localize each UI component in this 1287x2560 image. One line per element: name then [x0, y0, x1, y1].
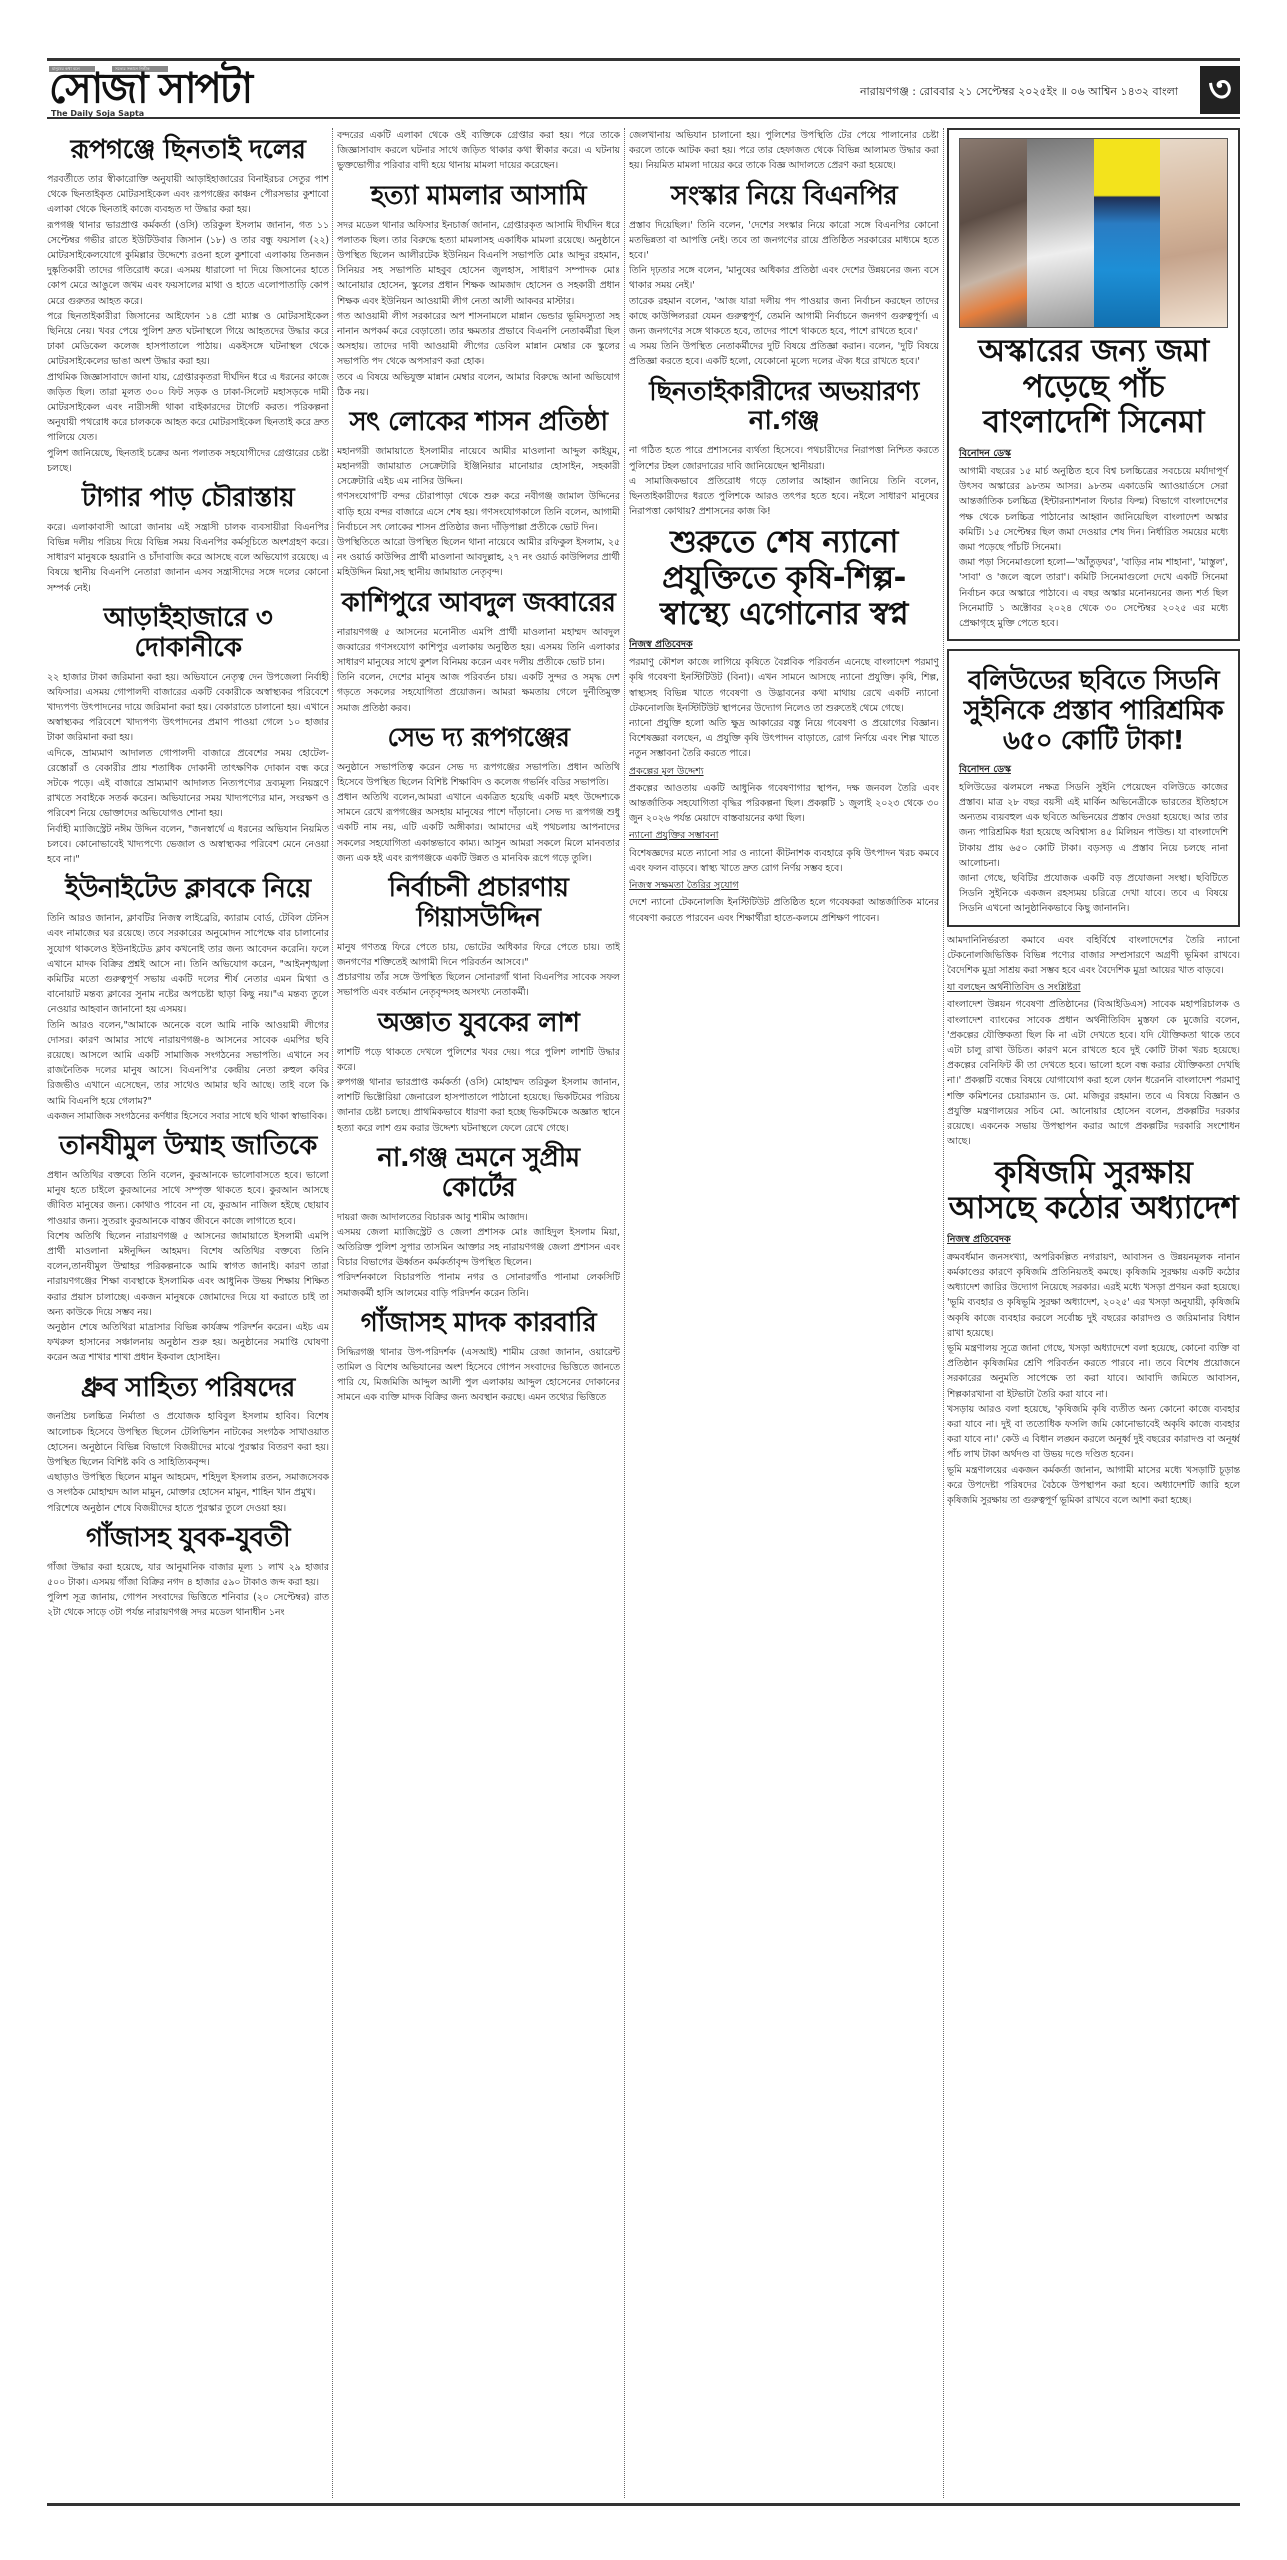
- byline: নিজস্ব প্রতিবেদক: [947, 1233, 1240, 1248]
- column-4: অস্কারের জন্য জমা পড়েছে পাঁচ বাংলাদেশি …: [947, 128, 1240, 1508]
- headline: ইউনাইটেড ক্লাবকে নিয়ে: [47, 875, 329, 905]
- paragraph: দায়রা জজ আদালতের বিচারক আবু শামীম আজাদ।: [337, 1210, 620, 1225]
- article-body: লাশটি পড়ে থাকতে দেখলে পুলিশের খবর দেয়।…: [337, 1045, 620, 1136]
- paragraph: এছাড়াও উপস্থিত ছিলেন মামুন আহমেদ, শহিদু…: [47, 1470, 329, 1500]
- subheading: প্রকল্পের মূল উদ্দেশ্য: [629, 764, 939, 779]
- column-divider: [624, 128, 625, 2498]
- headline: গাঁজাসহ মাদক কারবারি: [337, 1309, 620, 1339]
- subheading: নিজস্ব সক্ষমতা তৈরির সুযোগ: [629, 878, 939, 893]
- paragraph: জানা গেছে, ছবিটির প্রযোজক একটি বড় প্রযো…: [959, 871, 1228, 917]
- article-continued: জেলখানায় অভিযান চালানো হয়। পুলিশের উপস…: [629, 128, 939, 174]
- paragraph: এসময় জেলা ম্যাজিস্ট্রেট ও জেলা প্রশাসক …: [337, 1225, 620, 1271]
- article-nano-technology: শুরুতে শেষ ন্যানো প্রযুক্তিতে কৃষি-শিল্প…: [629, 525, 939, 925]
- paragraph: উপস্থিতিতে আরো উপস্থিত ছিলেন থানা নায়েব…: [337, 535, 620, 581]
- paragraph: বন্দরের একটি এলাকা থেকে ওই ব্যক্তিকে গ্র…: [337, 128, 620, 174]
- article-ganja-youth: গাঁজাসহ যুবক-যুবতী গাঁজা উদ্ধার করা হয়ে…: [47, 1524, 329, 1621]
- paragraph: তারেক রহমান বলেন, 'আজ যারা দলীয় পদ পাওয…: [629, 294, 939, 340]
- article-bnp-reform: সংস্কার নিয়ে বিএনপির প্রস্তাব দিয়েছিল।…: [629, 182, 939, 370]
- headline: রূপগঞ্জে ছিনতাই দলের: [47, 136, 329, 166]
- paragraph: না গঠিত হতে পারে প্রশাসনের ব্যর্থতা হিসে…: [629, 443, 939, 473]
- article-body: সিদ্ধিরগঞ্জ থানার উপ-পরিদর্শক (এসআই) শাম…: [337, 1345, 620, 1406]
- byline: নিজস্ব প্রতিবেদক: [629, 638, 939, 653]
- paragraph: এ সময় তিনি উপস্থিত নেতাকর্মীদের দুটি বি…: [629, 339, 939, 369]
- paragraph: মহানগরী জামায়াতে ইসলামীর নায়েবে আমীর ম…: [337, 444, 620, 490]
- article-body: আমদানিনির্ভরতা কমাবে এবং বহির্বিশ্বে বাং…: [947, 933, 1240, 1150]
- paragraph: পরে ছিনতাইকারীরা জিসানের আইফোন ১৪ প্রো ম…: [47, 309, 329, 370]
- article-rupganj-snatching: রূপগঞ্জে ছিনতাই দলের পরবর্তীতে তার স্বীক…: [47, 136, 329, 476]
- page-number-badge: ৩: [1200, 66, 1240, 114]
- paragraph: বিশেষজ্ঞদের মতে ন্যানো সার ও ন্যানো কীটন…: [629, 846, 939, 876]
- article-body: জেলখানায় অভিযান চালানো হয়। পুলিশের উপস…: [629, 128, 939, 174]
- paragraph: ভূমি মন্ত্রণালয় সূত্রে জানা গেছে, খসড়া…: [947, 1341, 1240, 1402]
- article-body: মহানগরী জামায়াতে ইসলামীর নায়েবে আমীর ম…: [337, 444, 620, 581]
- article-araihazar-shops: আড়াইহাজারে ৩ দোকানীকে ২২ হাজার টাকা জরি…: [47, 604, 329, 867]
- article-body: করে। এলাকাবাসী আরো জানায় এই সন্ত্রাসী চ…: [47, 520, 329, 596]
- paragraph: পরবর্তীতে তার স্বীকারোক্তি অনুযায়ী আড়া…: [47, 172, 329, 218]
- article-body: পরবর্তীতে তার স্বীকারোক্তি অনুযায়ী আড়া…: [47, 172, 329, 476]
- article-united-club: ইউনাইটেড ক্লাবকে নিয়ে তিনি আরও জানান, ক…: [47, 875, 329, 1124]
- paragraph: ক্রমবর্ধমান জনসংখ্যা, অপরিকল্পিত নগরায়ণ…: [947, 1250, 1240, 1341]
- dateline: নারায়ণগঞ্জ : রোববার ২১ সেপ্টেম্বর ২০২৫ই…: [860, 83, 1178, 102]
- paragraph: পুলিশ সূত্র জানায়, গোপন সংবাদের ভিত্তিত…: [47, 1590, 329, 1620]
- paragraph: আগামী বছরের ১৫ মার্চ অনুষ্ঠিত হবে বিশ্ব …: [959, 464, 1228, 555]
- paragraph: পরমাণু কৌশল কাজে লাগিয়ে কৃষিতে বৈপ্লবিক…: [629, 655, 939, 716]
- paragraph: দেশে ন্যানো টেকনোলজি ইনস্টিটিউট প্রতিষ্ঠ…: [629, 895, 939, 925]
- headline: তানযীমুল উম্মাহ জাতিকে: [47, 1132, 329, 1162]
- paragraph: ২২ হাজার টাকা জরিমানা করা হয়। অভিযানে ন…: [47, 670, 329, 746]
- paragraph: প্রস্তাব দিয়েছিল।' তিনি বলেন, 'দেশের সং…: [629, 218, 939, 264]
- paragraph: আমদানিনির্ভরতা কমাবে এবং বহির্বিশ্বে বাং…: [947, 933, 1240, 979]
- article-body: জনপ্রিয় চলচ্চিত্র নির্মাতা ও প্রযোজক হা…: [47, 1409, 329, 1515]
- byline: বিনোদন ডেস্ক: [959, 763, 1228, 778]
- article-body: মানুষ গণতন্ত্র ফিরে পেতে চায়, ভোটের অধি…: [337, 940, 620, 1001]
- article-body: বন্দরের একটি এলাকা থেকে ওই ব্যক্তিকে গ্র…: [337, 128, 620, 174]
- paragraph: জমা পড়া সিনেমাগুলো হলো—'আঁতুড়ঘর', 'বাড…: [959, 555, 1228, 631]
- headline: আড়াইহাজারে ৩ দোকানীকে: [47, 604, 329, 664]
- paragraph: অনুষ্ঠানে সভাপতিত্ব করেন সেভ দ্য রূপগঞ্জ…: [337, 760, 620, 790]
- article-body: প্রধান অতিথির বক্তব্যে তিনি বলেন, কুরআনক…: [47, 1168, 329, 1366]
- paragraph: সিদ্ধিরগঞ্জ থানার উপ-পরিদর্শক (এসআই) শাম…: [337, 1345, 620, 1406]
- byline: বিনোদন ডেস্ক: [959, 447, 1228, 462]
- paragraph: গত আওয়ামী লীগ সরকারের অপ শাসনামলে মান্ন…: [337, 309, 620, 370]
- article-save-the-rupganj: সেভ দ্য রূপগঞ্জের অনুষ্ঠানে সভাপতিত্ব কর…: [337, 724, 620, 866]
- paragraph: এ সামাজিকভাবে প্রতিরোধ গড়ে তোলার আহ্বান…: [629, 474, 939, 520]
- headline: না.গঞ্জ ভ্রমনে সুপ্রীম কোর্টের: [337, 1144, 620, 1204]
- paragraph: মানুষ গণতন্ত্র ফিরে পেতে চায়, ভোটের অধি…: [337, 940, 620, 970]
- paragraph: প্রকল্পের আওতায় একটি আধুনিক গবেষণাগার স…: [629, 781, 939, 827]
- headline: সংস্কার নিয়ে বিএনপির: [629, 182, 939, 212]
- article-nano-continued: আমদানিনির্ভরতা কমাবে এবং বহির্বিশ্বে বাং…: [947, 933, 1240, 1150]
- article-snatchers-haven: ছিনতাইকারীদের অভয়ারণ্য না.গঞ্জ না গঠিত …: [629, 378, 939, 520]
- column-2: বন্দরের একটি এলাকা থেকে ওই ব্যক্তিকে গ্র…: [337, 128, 620, 1405]
- paragraph: সদর মডেল থানার অফিসার ইনচার্জ জানান, গ্র…: [337, 218, 620, 309]
- headline: নির্বাচনী প্রচারণায় গিয়াসউদ্দিন: [337, 874, 620, 934]
- paragraph: গণসংযোগ'টি বন্দর চৌরাপাড়া থেকে শুরু করে…: [337, 489, 620, 535]
- newspaper-logo: সোজা সাপটা: [49, 66, 251, 112]
- film-still-image: [960, 139, 1027, 327]
- article-body: ২২ হাজার টাকা জরিমানা করা হয়। অভিযানে ন…: [47, 670, 329, 868]
- paragraph: খসড়ায় আরও বলা হয়েছে, 'কৃষিজমি কৃষি ব্…: [947, 1402, 1240, 1463]
- article-tagar-par: টাগার পাড় চৌরাস্তায় করে। এলাকাবাসী আরো…: [47, 484, 329, 596]
- subheading: ন্যানো প্রযুক্তির সম্ভাবনা: [629, 828, 939, 843]
- headline: ধ্রুব সাহিত্য পরিষদের: [47, 1374, 329, 1404]
- headline: গাঁজাসহ যুবক-যুবতী: [47, 1524, 329, 1554]
- paragraph: পুলিশ জানিয়েছে, ছিনতাই চক্রের অন্য পলাত…: [47, 446, 329, 476]
- paragraph: নারায়ণগঞ্জ ৫ আসনের মনোনীত এমপি প্রার্থী…: [337, 625, 620, 671]
- column-divider: [332, 128, 333, 2498]
- headline: সৎ লোকের শাসন প্রতিষ্ঠা: [337, 408, 620, 438]
- headline: অজ্ঞাত যুবকের লাশ: [337, 1009, 620, 1039]
- article-unknown-body: অজ্ঞাত যুবকের লাশ লাশটি পড়ে থাকতে দেখলে…: [337, 1009, 620, 1136]
- article-body: তিনি আরও জানান, ক্লাবটির নিজস্ব লাইব্রের…: [47, 911, 329, 1124]
- paragraph: একজন সামাজিক সংগঠনের কর্ণধার হিসেবে সবার…: [47, 1109, 329, 1124]
- article-agri-land: কৃষিজমি সুরক্ষায় আসছে কঠোর অধ্যাদেশ নিজ…: [947, 1156, 1240, 1509]
- headline: টাগার পাড় চৌরাস্তায়: [47, 484, 329, 514]
- headline: কাশিপুরে আবদুল জব্বারের: [337, 589, 620, 619]
- film-still-image: [1160, 139, 1227, 327]
- newspaper-page: মানুষের কথা বলে সত্যের সন্ধানে নির্ভীক স…: [47, 58, 1240, 2503]
- article-tanzimul-ummah: তানযীমুল উম্মাহ জাতিকে প্রধান অতিথির বক্…: [47, 1132, 329, 1366]
- article-supreme-court-visit: না.গঞ্জ ভ্রমনে সুপ্রীম কোর্টের দায়রা জজ…: [337, 1144, 620, 1301]
- article-dhruba-sahitya: ধ্রুব সাহিত্য পরিষদের জনপ্রিয় চলচ্চিত্র…: [47, 1374, 329, 1516]
- film-still-image: [1027, 139, 1094, 327]
- paragraph: হলিউডের ঝলমলে নক্ষত্র সিডনি সুইনি পেয়েছ…: [959, 780, 1228, 871]
- paragraph: তবে এ বিষয়ে অভিযুক্ত মান্নান মেম্বার বল…: [337, 370, 620, 400]
- paragraph: প্রচারণায় তাঁর সঙ্গে উপস্থিত ছিলেন সোনা…: [337, 970, 620, 1000]
- article-honest-rule: সৎ লোকের শাসন প্রতিষ্ঠা মহানগরী জামায়াত…: [337, 408, 620, 581]
- paragraph: বাংলাদেশ উন্নয়ন গবেষণা প্রতিষ্ঠানের (বি…: [947, 997, 1240, 1149]
- paragraph: প্রধান অতিথির বক্তব্যে তিনি বলেন, কুরআনক…: [47, 1168, 329, 1229]
- headline: হত্যা মামলার আসামি: [337, 182, 620, 212]
- article-body: হলিউডের ঝলমলে নক্ষত্র সিডনি সুইনি পেয়েছ…: [959, 780, 1228, 917]
- article-body: নারায়ণগঞ্জ ৫ আসনের মনোনীত এমপি প্রার্থী…: [337, 625, 620, 716]
- paragraph: ভূমি মন্ত্রণালয়ের একজন কর্মকর্তা জানান,…: [947, 1463, 1240, 1509]
- paragraph: তিনি বলেন, দেশের মানুষ আজ পরিবর্তন চায়।…: [337, 670, 620, 716]
- paragraph: এদিকে, ভ্রাম্যমাণ আদালত গোপালদী বাজারে প…: [47, 746, 329, 822]
- paragraph: বিশেষ অতিথি ছিলেন নারায়ণগঞ্জ ৫ আসনের জা…: [47, 1229, 329, 1320]
- paragraph: তিনি আরও জানান, ক্লাবটির নিজস্ব লাইব্রের…: [47, 911, 329, 1017]
- paragraph: প্রধান অতিথি বলেন,আমরা এখানে একত্রিত হয়…: [337, 790, 620, 866]
- article-kashipur-jabbar: কাশিপুরে আবদুল জব্বারের নারায়ণগঞ্জ ৫ আস…: [337, 589, 620, 716]
- bottom-rule: [47, 2503, 1240, 2506]
- paragraph: পরিদর্শনকালে বিচারপতি পানাম নগর ও সোনারগ…: [337, 1270, 620, 1300]
- article-body: দায়রা জজ আদালতের বিচারক আবু শামীম আজাদ।…: [337, 1210, 620, 1301]
- headline: শুরুতে শেষ ন্যানো প্রযুক্তিতে কৃষি-শিল্প…: [629, 525, 939, 632]
- paragraph: তিনি আরও বলেন,"আমাকে অনেকে বলে আমি নাকি …: [47, 1018, 329, 1109]
- article-body: সদর মডেল থানার অফিসার ইনচার্জ জানান, গ্র…: [337, 218, 620, 400]
- paragraph: তিনি দৃঢ়তার সঙ্গে বলেন, 'মানুষের অধিকার…: [629, 263, 939, 293]
- article-body: না গঠিত হতে পারে প্রশাসনের ব্যর্থতা হিসে…: [629, 443, 939, 519]
- column-divider: [943, 128, 944, 2498]
- article-murder-accused: হত্যা মামলার আসামি সদর মডেল থানার অফিসার…: [337, 182, 620, 400]
- film-collage-photo: [959, 138, 1228, 328]
- article-continued: বন্দরের একটি এলাকা থেকে ওই ব্যক্তিকে গ্র…: [337, 128, 620, 174]
- article-sydney-box: বলিউডের ছবিতে সিডনি সুইনিকে প্রস্তাব পার…: [947, 649, 1240, 927]
- paragraph: জেলখানায় অভিযান চালানো হয়। পুলিশের উপস…: [629, 128, 939, 174]
- article-body: পরমাণু কৌশল কাজে লাগিয়ে কৃষিতে বৈপ্লবিক…: [629, 655, 939, 925]
- newspaper-logo-english: The Daily Soja Sapta: [51, 109, 144, 118]
- article-body: প্রস্তাব দিয়েছিল।' তিনি বলেন, 'দেশের সং…: [629, 218, 939, 370]
- article-oscar-box: অস্কারের জন্য জমা পড়েছে পাঁচ বাংলাদেশি …: [947, 128, 1240, 641]
- headline: বলিউডের ছবিতে সিডনি সুইনিকে প্রস্তাব পার…: [959, 667, 1228, 757]
- column-1: রূপগঞ্জে ছিনতাই দলের পরবর্তীতে তার স্বীক…: [47, 128, 329, 1621]
- paragraph: জনপ্রিয় চলচ্চিত্র নির্মাতা ও প্রযোজক হা…: [47, 1409, 329, 1470]
- film-poster-shahana-image: [1094, 139, 1161, 327]
- article-drug-dealer: গাঁজাসহ মাদক কারবারি সিদ্ধিরগঞ্জ থানার উ…: [337, 1309, 620, 1406]
- paragraph: ন্যানো প্রযুক্তি হলো অতি ক্ষুদ্র আকারের …: [629, 716, 939, 762]
- paragraph: লাশটি পড়ে থাকতে দেখলে পুলিশের খবর দেয়।…: [337, 1045, 620, 1075]
- headline: সেভ দ্য রূপগঞ্জের: [337, 724, 620, 754]
- article-body: গাঁজা উদ্ধার করা হয়েছে, যার আনুমানিক বা…: [47, 1560, 329, 1621]
- headline: ছিনতাইকারীদের অভয়ারণ্য না.গঞ্জ: [629, 378, 939, 438]
- article-body: আগামী বছরের ১৫ মার্চ অনুষ্ঠিত হবে বিশ্ব …: [959, 464, 1228, 631]
- headline: কৃষিজমি সুরক্ষায় আসছে কঠোর অধ্যাদেশ: [947, 1156, 1240, 1227]
- paragraph: পরিশেষে অনুষ্ঠান শেষে বিজয়ীদের হাতে পুর…: [47, 1501, 329, 1516]
- paragraph: করে। এলাকাবাসী আরো জানায় এই সন্ত্রাসী চ…: [47, 520, 329, 596]
- article-body: অনুষ্ঠানে সভাপতিত্ব করেন সেভ দ্য রূপগঞ্জ…: [337, 760, 620, 866]
- paragraph: গাঁজা উদ্ধার করা হয়েছে, যার আনুমানিক বা…: [47, 1560, 329, 1590]
- paragraph: রূপগঞ্জ থানার ভারপ্রাপ্ত কর্মকর্তা (ওসি)…: [47, 218, 329, 309]
- paragraph: প্রাথমিক জিজ্ঞাসাবাদে জানা যায়, গ্রেপ্ত…: [47, 370, 329, 446]
- column-3: জেলখানায় অভিযান চালানো হয়। পুলিশের উপস…: [629, 128, 939, 926]
- article-giasuddin-campaign: নির্বাচনী প্রচারণায় গিয়াসউদ্দিন মানুষ …: [337, 874, 620, 1001]
- masthead: মানুষের কথা বলে সত্যের সন্ধানে নির্ভীক স…: [47, 58, 1240, 119]
- article-body: ক্রমবর্ধমান জনসংখ্যা, অপরিকল্পিত নগরায়ণ…: [947, 1250, 1240, 1508]
- subheading: যা বলছেন অর্থনীতিবিদ ও সংশ্লিষ্টরা: [947, 980, 1240, 995]
- headline: অস্কারের জন্য জমা পড়েছে পাঁচ বাংলাদেশি …: [959, 334, 1228, 441]
- paragraph: অনুষ্ঠান শেষে অতিথিরা মাদ্রাসার বিভিন্ন …: [47, 1320, 329, 1366]
- paragraph: রুপগঞ্জ থানার ভারপ্রাপ্ত কর্মকর্তা (ওসি)…: [337, 1075, 620, 1136]
- paragraph: নির্বাহী ম্যাজিস্ট্রেট নঈম উদ্দিন বলেন, …: [47, 822, 329, 868]
